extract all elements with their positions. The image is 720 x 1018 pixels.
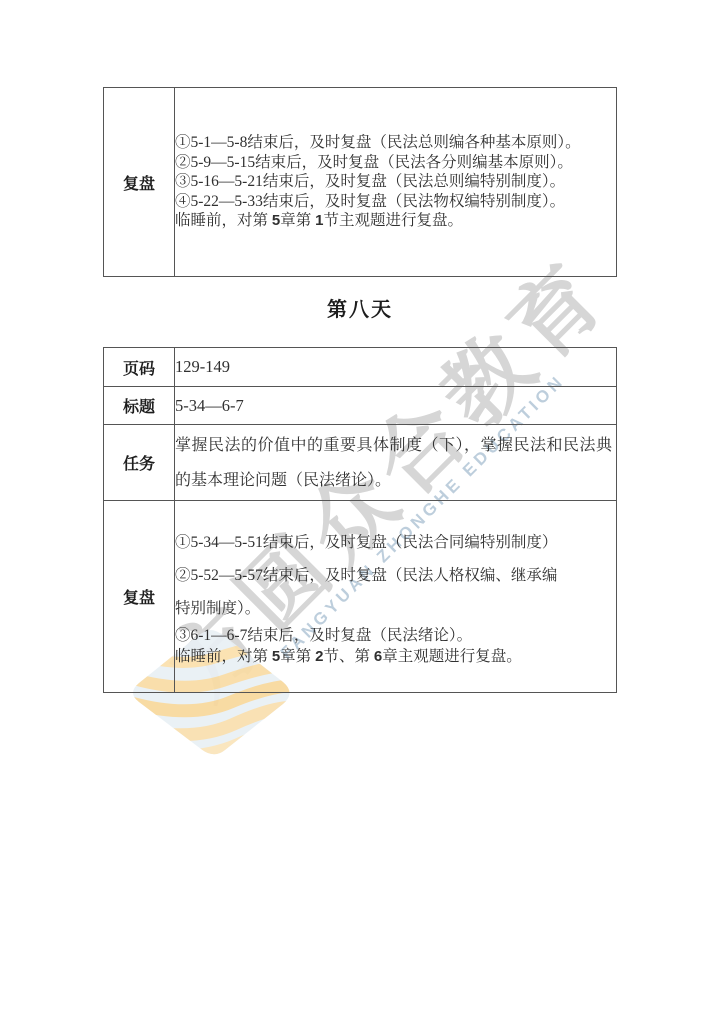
row-label: 页码 [104, 348, 175, 387]
title-value: 5-34—6-7 [175, 387, 617, 425]
table-row: 复盘 ①5-34—5-51结束后，及时复盘（民法合同编特别制度） ②5-52—5… [104, 501, 617, 693]
document-page: 方圆众合教育 FANGYUAN ZHONGHE EDUCATION 复盘 [0, 0, 720, 1018]
table-row: 页码 129-149 [104, 348, 617, 387]
review-line: ①5-34—5-51结束后，及时复盘（民法合同编特别制度） [175, 526, 616, 559]
review-line: ④5-22—5-33结束后，及时复盘（民法物权编特别制度）。 [175, 192, 616, 212]
day-heading: 第八天 [0, 293, 720, 322]
row-label: 复盘 [104, 88, 175, 277]
review-line: ③6-1—6-7结束后，及时复盘（民法绪论）。 [175, 625, 616, 646]
review-line: ③5-16—5-21结束后，及时复盘（民法总则编特别制度）。 [175, 172, 616, 192]
row-content: ①5-34—5-51结束后，及时复盘（民法合同编特别制度） ②5-52—5-57… [175, 501, 617, 693]
review-line: 特别制度）。 [175, 592, 616, 625]
table-row: 复盘 ①5-1—5-8结束后，及时复盘（民法总则编各种基本原则）。 ②5-9—5… [104, 88, 617, 277]
page-range-value: 129-149 [175, 348, 617, 387]
table-row: 标题 5-34—6-7 [104, 387, 617, 425]
row-label: 标题 [104, 387, 175, 425]
task-text: 掌握民法的价值中的重要具体制度（下），掌握民法和民法典的基本理论问题（民法绪论）… [175, 425, 617, 501]
day7-review-table: 复盘 ①5-1—5-8结束后，及时复盘（民法总则编各种基本原则）。 ②5-9—5… [103, 87, 617, 277]
review-line: ①5-1—5-8结束后，及时复盘（民法总则编各种基本原则）。 [175, 133, 616, 153]
review-line: ②5-52—5-57结束后，及时复盘（民法人格权编、继承编 [175, 559, 616, 592]
review-line: ②5-9—5-15结束后，及时复盘（民法各分则编基本原则）。 [175, 153, 616, 173]
row-label: 任务 [104, 425, 175, 501]
row-content: ①5-1—5-8结束后，及时复盘（民法总则编各种基本原则）。 ②5-9—5-15… [175, 88, 617, 277]
row-label: 复盘 [104, 501, 175, 693]
review-line: 临睡前，对第 5章第 1节主观题进行复盘。 [175, 211, 616, 231]
day8-plan-table: 页码 129-149 标题 5-34—6-7 任务 掌握民法的价值中的重要具体制… [103, 347, 617, 693]
table-row: 任务 掌握民法的价值中的重要具体制度（下），掌握民法和民法典的基本理论问题（民法… [104, 425, 617, 501]
review-line: 临睡前，对第 5章第 2节、第 6章主观题进行复盘。 [175, 646, 616, 667]
content-layer: 复盘 ①5-1—5-8结束后，及时复盘（民法总则编各种基本原则）。 ②5-9—5… [0, 0, 720, 1018]
